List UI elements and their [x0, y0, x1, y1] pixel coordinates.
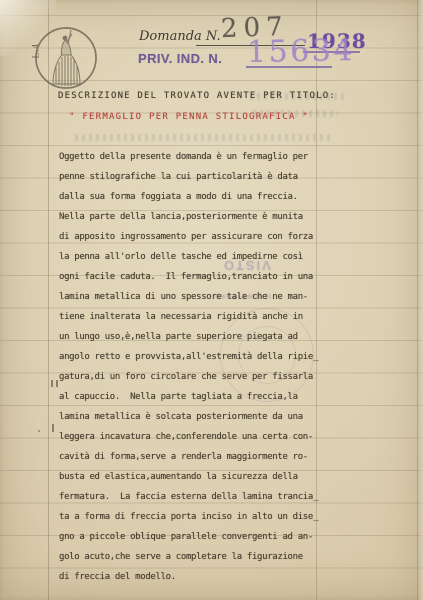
body-text-line: busta ed elastica,aumentando la sicurezz…: [59, 467, 339, 487]
body-text-line: Nella parte della lancia,posteriormente …: [59, 207, 339, 227]
domanda-label: Domanda N.: [139, 29, 221, 44]
body-text-line: penne stilografiche la cui particolarità…: [59, 167, 339, 187]
body-text-line: dalla sua forma foggiata a modo di una f…: [59, 187, 339, 207]
tax-value-label: L.4: [31, 43, 40, 59]
bleed-marks: [75, 134, 330, 141]
priv-number-stamp: 15634: [247, 33, 356, 70]
body-text-line: ogni facile caduta. Il fermaglio,trancia…: [59, 267, 339, 287]
margin-pencil-mark: [56, 380, 58, 387]
body-text-line: lamina metallica è solcata posteriorment…: [59, 407, 339, 427]
body-text-line: fermatura. La faccia esterna della lamin…: [59, 487, 339, 507]
statue-figure-icon: [53, 30, 80, 86]
margin-pencil-mark: [51, 380, 53, 387]
body-text-line: Oggetto della presente domanda è un ferm…: [59, 147, 339, 167]
body-text-line: la penna all'orlo delle tasche ed impedi…: [59, 247, 339, 267]
body-text-line: golo acuto,che serve a completare la fig…: [59, 547, 339, 567]
body-text-line: gatura,di un foro circolare che serve pe…: [59, 367, 339, 387]
priv-ind-label: PRIV. IND. N.: [138, 51, 222, 66]
body-text-line: di freccia del modello.: [59, 567, 339, 587]
body-text-line: leggera incavatura che,conferendole una …: [59, 427, 339, 447]
body-text-line: angolo retto e provvista,all'estremità d…: [59, 347, 339, 367]
body-text-line: cavità di forma,serve a renderla maggior…: [59, 447, 339, 467]
margin-pencil-dot: [38, 430, 40, 432]
document-subtitle-red: " FERMAGLIO PER PENNA STILOGRAFICA ": [69, 112, 309, 122]
body-text-line: un lungo uso,è,nella parte superiore pie…: [59, 327, 339, 347]
body-text-line: al capuccio. Nella parte tagliata a frec…: [59, 387, 339, 407]
fiscal-emblem-stamp: [33, 26, 99, 92]
margin-pencil-mark: [52, 424, 54, 432]
body-text-line: tiene inalterata la necessaria rigidità …: [59, 307, 339, 327]
document-page: L.4 Domanda N. 207 1938 PRIV. IND. N. 15…: [0, 0, 423, 600]
body-text-line: lamina metallica di uno spessore tale ch…: [59, 287, 339, 307]
body-text: Oggetto della presente domanda è un ferm…: [59, 147, 339, 587]
body-text-line: di apposito ingrossamento per assicurare…: [59, 227, 339, 247]
document-title-line: DESCRIZIONE DEL TROVATO AVENTE PER TITOL…: [58, 91, 336, 101]
body-text-line: ta a forma di freccia porta inciso in al…: [59, 507, 339, 527]
body-text-line: gno a piccole oblique parallele converge…: [59, 527, 339, 547]
page-right-edge: [418, 0, 423, 600]
